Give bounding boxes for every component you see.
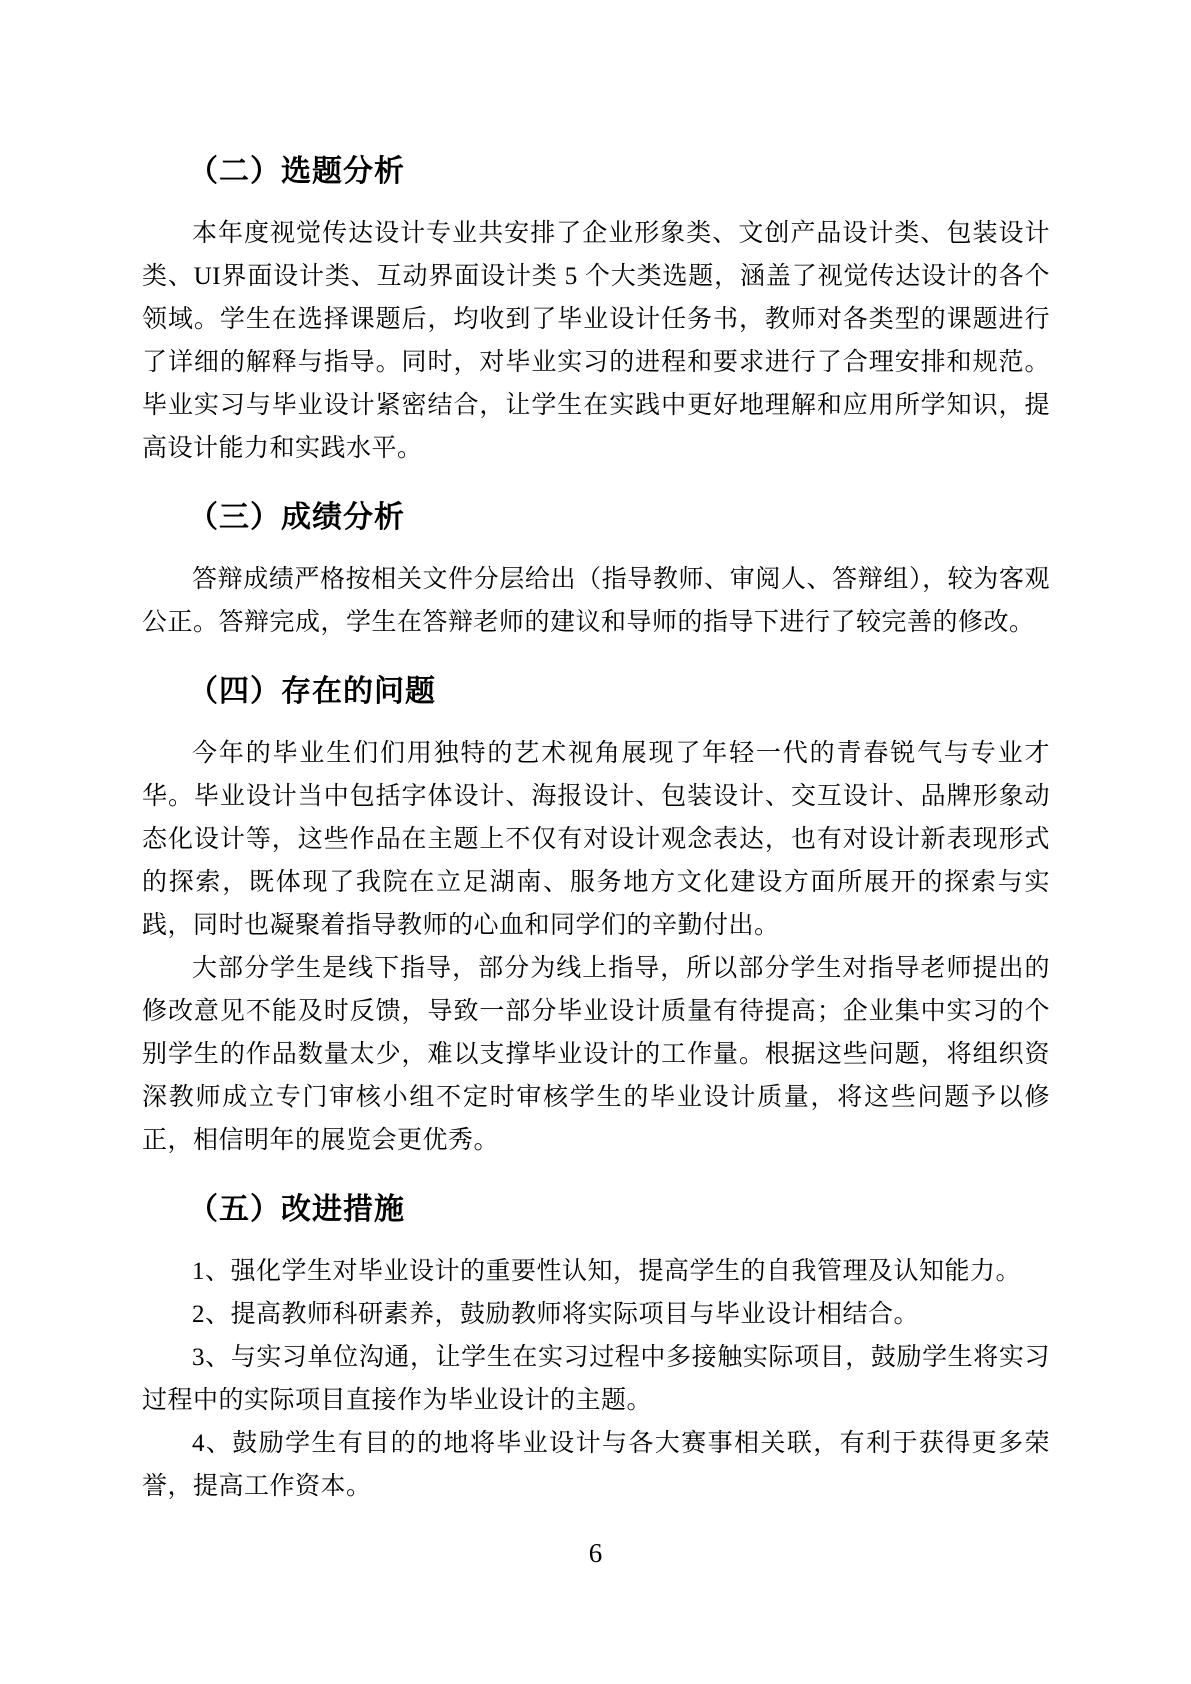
- paragraph: 今年的毕业生们们用独特的艺术视角展现了年轻一代的青春锐气与专业才华。毕业设计当中…: [142, 732, 1050, 947]
- paragraph: 答辩成绩严格按相关文件分层给出（指导教师、审阅人、答辩组），较为客观公正。答辩完…: [142, 558, 1050, 644]
- paragraph: 3、与实习单位沟通，让学生在实习过程中多接触实际项目，鼓励学生将实习过程中的实际…: [142, 1336, 1050, 1422]
- paragraph: 本年度视觉传达设计专业共安排了企业形象类、文创产品设计类、包装设计类、UI界面设…: [142, 212, 1050, 470]
- page: （二）选题分析本年度视觉传达设计专业共安排了企业形象类、文创产品设计类、包装设计…: [0, 0, 1191, 1684]
- section-heading: （四）存在的问题: [142, 670, 1050, 714]
- document-content: （二）选题分析本年度视觉传达设计专业共安排了企业形象类、文创产品设计类、包装设计…: [142, 150, 1050, 1508]
- paragraph: 大部分学生是线下指导，部分为线上指导，所以部分学生对指导老师提出的修改意见不能及…: [142, 947, 1050, 1162]
- paragraph: 2、提高教师科研素养，鼓励教师将实际项目与毕业设计相结合。: [142, 1293, 1050, 1336]
- page-number: 6: [589, 1538, 603, 1568]
- paragraph: 1、强化学生对毕业设计的重要性认知，提高学生的自我管理及认知能力。: [142, 1250, 1050, 1293]
- section-heading: （三）成绩分析: [142, 496, 1050, 540]
- page-footer: 6: [0, 1538, 1191, 1569]
- section-heading: （五）改进措施: [142, 1188, 1050, 1232]
- section-heading: （二）选题分析: [142, 150, 1050, 194]
- paragraph: 4、鼓励学生有目的的地将毕业设计与各大赛事相关联，有利于获得更多荣誉，提高工作资…: [142, 1422, 1050, 1508]
